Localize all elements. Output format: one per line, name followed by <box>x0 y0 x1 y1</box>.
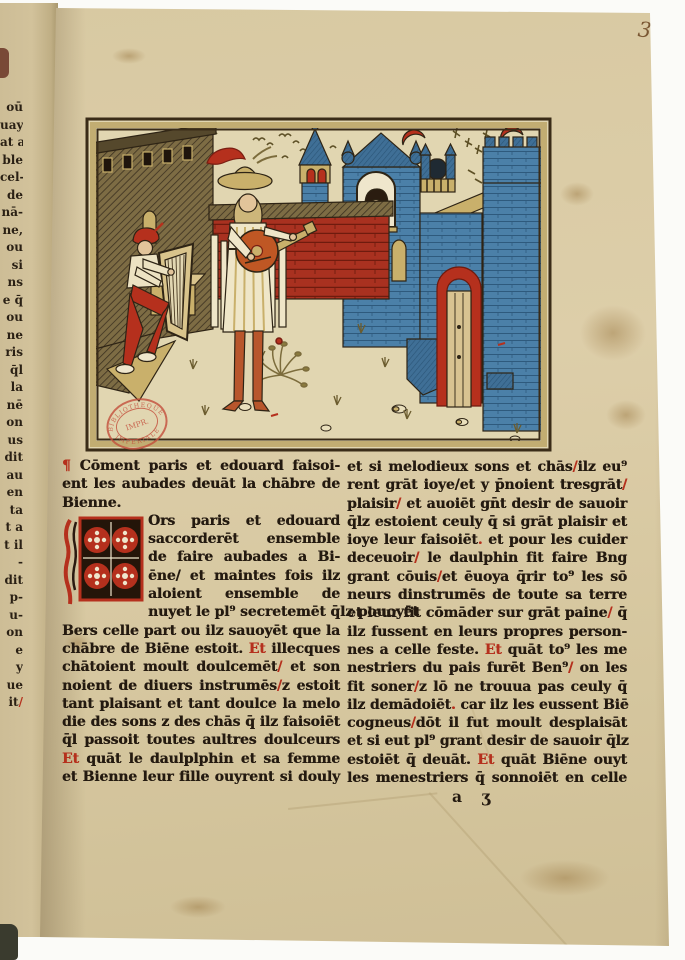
text-line: ta <box>0 502 23 520</box>
right-tower <box>483 127 544 431</box>
text-line: nestriers du pais furēt Ben⁹/ on les <box>347 659 627 677</box>
text-line: oū <box>0 99 23 117</box>
text-line: ue <box>0 677 23 695</box>
text-line: noient de diuers instrumēs/z estoit <box>62 677 340 695</box>
text-line: on <box>0 414 23 432</box>
text-line: ou <box>0 309 23 327</box>
decorated-initial <box>62 514 144 607</box>
text-line: ble <box>0 152 23 170</box>
text-line: et si melodieux sons et chās/ilz eu⁹ <box>347 458 627 476</box>
text-line: dit <box>0 449 23 467</box>
stone-step <box>487 373 513 389</box>
text-line: q̄lz estoient ceuly q̄ si grāt plaisir e… <box>347 513 627 531</box>
paper-stain <box>112 48 146 64</box>
text-line: chātoient moult doulcemēt/ et son <box>62 658 340 676</box>
text-line: au <box>0 467 23 485</box>
left-text-column: ¶ Cōment paris et edouard faisoi-ent les… <box>62 457 340 786</box>
keep-window <box>392 240 406 281</box>
text-line: de <box>0 187 23 205</box>
previous-page-text-fragments: oūuayat ablecel-denā-ne,ousinse q̄ouneri… <box>0 99 23 712</box>
text-line: rent grāt ioye/et y p̄noient tresgrāt/ <box>347 476 627 494</box>
text-line: ilz fussent en leurs propres person- <box>347 623 627 641</box>
binding-mark-top <box>0 48 9 78</box>
text-line: nā- <box>0 204 23 222</box>
text-line: plaisir/ et auoiēt gn̄t desir de sauoir <box>347 495 627 513</box>
text-line: die des sons z des chās q̄ ilz faisoiēt <box>62 713 340 731</box>
text-line: les menestriers q̄ sonnoiēt en celle <box>347 769 627 787</box>
left-column-body: Ors paris et edouardsaccorderēt ensemble… <box>62 512 340 786</box>
text-line: ent les aubades deuāt la chābre de <box>62 475 340 493</box>
text-line: Et quāt le daulplphin et sa femme <box>62 750 340 768</box>
text-line: ns <box>0 274 23 292</box>
binding-mark-bottom <box>0 924 18 960</box>
text-line: ilz demādoiēt. car ilz les eussent Biē <box>347 696 627 714</box>
harpist-face <box>138 241 153 256</box>
text-line: et Bienne leur fille ouyrent si douly <box>62 768 340 786</box>
right-column-lines: et si melodieux sons et chās/ilz eu⁹rent… <box>347 458 627 787</box>
text-line: p- <box>0 589 23 607</box>
text-line: grant cōuis/et ēuoya q̄rir to⁹ les sō <box>347 568 627 586</box>
text-line: it/ <box>0 694 23 712</box>
text-line: ou <box>0 239 23 257</box>
shoe <box>116 365 134 374</box>
text-line: chābre de Biēne estoit. Et illecques <box>62 640 340 658</box>
text-line: Bienne. <box>62 494 340 512</box>
text-line: y <box>0 659 23 677</box>
text-line: u- <box>0 607 23 625</box>
text-line: cogneus/dōt il fut moult desplaisāt <box>347 714 627 732</box>
text-line: et leur fit cōmāder sur grāt paine/ q̄ <box>347 604 627 622</box>
paper-stain <box>170 896 226 918</box>
lutenist-face <box>239 194 257 212</box>
text-line: dit <box>0 572 23 590</box>
text-line: ¶ Cōment paris et edouard faisoi- <box>62 457 340 475</box>
text-line: t a <box>0 519 23 537</box>
paper-stain <box>520 860 610 896</box>
text-line: us <box>0 432 23 450</box>
photographed-book-page: oūuayat ablecel-denā-ne,ousinse q̄ouneri… <box>0 0 685 960</box>
text-line: nē <box>0 397 23 415</box>
paper-crease <box>288 792 437 809</box>
text-line: ioye leur faisoiēt. et pour les cuider <box>347 531 627 549</box>
text-line: q̄l passoit toutes aultres doulceurs <box>62 731 340 749</box>
folio-number: 3 <box>637 17 653 42</box>
text-line: ne, <box>0 222 23 240</box>
text-line: ne <box>0 327 23 345</box>
text-line: la <box>0 379 23 397</box>
text-line: cel- <box>0 169 23 187</box>
paper-stain <box>580 305 646 361</box>
text-line: uay <box>0 117 23 135</box>
text-line: - <box>0 554 23 572</box>
shoe <box>138 353 156 362</box>
text-line: estoiēt q̄ deuāt. Et quāt Biēne ouyt <box>347 751 627 769</box>
text-line: on <box>0 624 23 642</box>
text-line: tant plaisant et tant doulce la melo <box>62 695 340 713</box>
text-line: en <box>0 484 23 502</box>
text-line: e q̄ <box>0 292 23 310</box>
stamp-center-text: IMPR. <box>124 417 149 433</box>
text-line: at a <box>0 134 23 152</box>
text-line: neurs dinstrumēs de toute sa terre <box>347 586 627 604</box>
text-line: fit soner/z lō ne trouua pas ceuly q̄ <box>347 678 627 696</box>
text-line: Bers celle part ou ilz sauoyēt que la <box>62 622 340 640</box>
right-text-column: et si melodieux sons et chās/ilz eu⁹rent… <box>347 458 627 787</box>
text-line: deceuoir/ le daulphin fit faire Bng <box>347 549 627 567</box>
paper-stain <box>606 400 646 430</box>
text-line: q̄l <box>0 362 23 380</box>
text-line: et si eut pl⁹ grant desir de sauoir q̄lz <box>347 732 627 750</box>
text-line: ris <box>0 344 23 362</box>
quire-signature: a ʒ <box>452 787 490 806</box>
text-line: si <box>0 257 23 275</box>
paper-stain <box>560 182 594 206</box>
chapter-heading: ¶ Cōment paris et edouard faisoi-ent les… <box>62 457 340 512</box>
manuscript-page: 3 <box>0 0 685 960</box>
text-line: nes a celle feste. Et quāt to⁹ les me <box>347 641 627 659</box>
text-line: e <box>0 642 23 660</box>
text-line: t il <box>0 537 23 555</box>
